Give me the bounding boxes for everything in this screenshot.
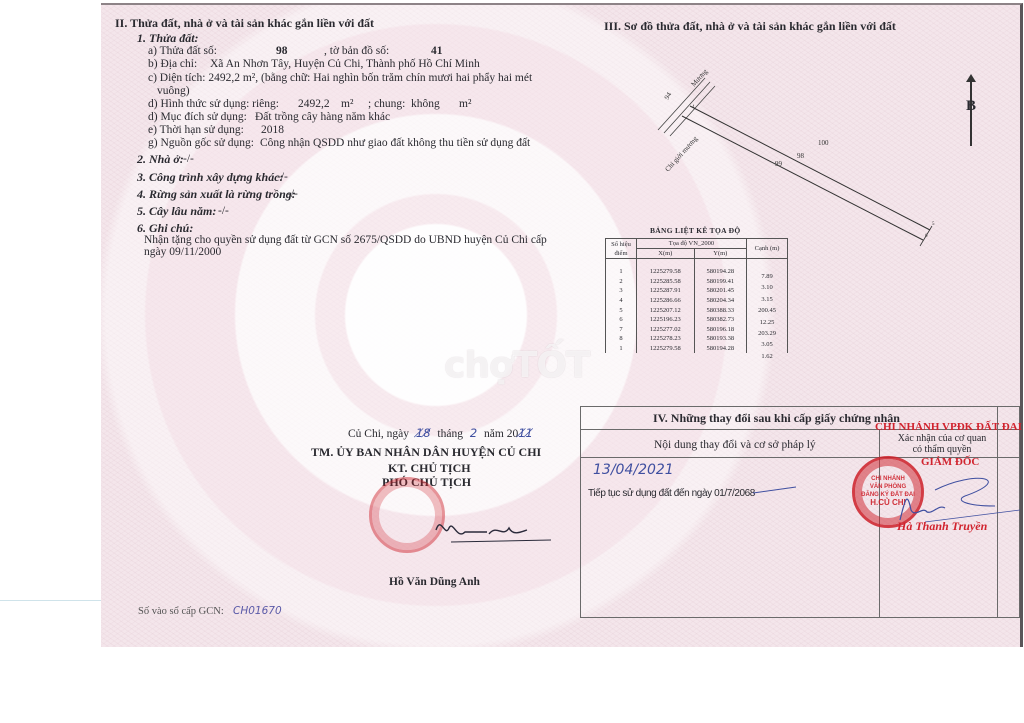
col-x: X(m)	[637, 249, 695, 259]
registry-label: Số vào sổ cấp GCN:	[138, 605, 224, 619]
coord-x: 1225277.02	[637, 325, 695, 335]
usage-form-label: d) Hình thức sử dụng: riêng:	[148, 97, 279, 111]
house-value: -/-	[183, 152, 194, 166]
change-entry-text: Tiếp tục sử dụng đất đến ngày 01/7/2068	[588, 487, 755, 501]
edge-length: 1.62	[747, 353, 787, 360]
forest-value: -/-	[287, 187, 298, 201]
coord-x: 1225287.91	[637, 286, 695, 296]
coord-x: 1225278.23	[637, 334, 695, 344]
coord-y: 580204.34	[694, 296, 746, 306]
issue-year-suffix: 1̸1̸	[518, 426, 533, 440]
signer-role-1: KT. CHỦ TỊCH	[388, 461, 471, 475]
shared-label: ; chung:	[368, 97, 405, 111]
land-heading: 1. Thửa đất:	[137, 31, 199, 45]
authority-confirm-header: Xác nhận của cơ quan có thẩm quyền	[897, 433, 987, 455]
coord-x: 1225207.12	[637, 305, 695, 315]
coord-point: 1	[606, 259, 637, 277]
map-sheet-label: , tờ bản đồ số:	[324, 44, 389, 58]
area-line: c) Diện tích: 2492,2 m², (bằng chữ: Hai …	[148, 71, 532, 85]
neighbor-94-label: 94	[663, 91, 674, 101]
pen-stroke	[751, 485, 801, 495]
coord-y: 580193.38	[694, 334, 746, 344]
scan-artifact-line	[0, 600, 101, 601]
coord-point: 3	[606, 286, 637, 296]
plot-98-label: 98	[797, 152, 805, 160]
coord-point: 8	[606, 334, 637, 344]
signer-name: Hồ Văn Dũng Anh	[389, 575, 480, 589]
edge-length: 3.15	[747, 296, 787, 303]
edge-length: 3.05	[747, 341, 787, 348]
coord-x: 1225196.23	[637, 315, 695, 325]
coord-point: 6	[606, 315, 637, 325]
change-entry-date: 13/04/2021	[593, 463, 674, 477]
purpose: Đất trồng cây hàng năm khác	[255, 110, 390, 124]
col-edge: Cạnh (m)	[747, 239, 788, 259]
origin-label: g) Nguồn gốc sử dụng:	[148, 136, 254, 150]
area-line-cont: vuông)	[157, 84, 190, 98]
origin: Công nhận QSDD như giao đất không thu ti…	[260, 136, 530, 150]
coord-x: 1225286.66	[637, 296, 695, 306]
edge-length: 7.89	[747, 273, 787, 280]
year-label: năm 20	[484, 428, 518, 440]
forest-heading: 4. Rừng sản xuất là rừng trồng:	[137, 187, 296, 201]
section-3-title: III. Sơ đồ thửa đất, nhà ở và tài sản kh…	[604, 19, 896, 33]
private-area: 2492,2	[298, 97, 330, 111]
coord-x: 1225279.58	[637, 259, 695, 277]
perennial-heading: 5. Cây lâu năm:	[137, 204, 216, 218]
perennial-value: -/-	[218, 204, 229, 218]
registry-number: CH01670	[233, 604, 282, 618]
coord-y: 580194.28	[694, 259, 746, 277]
shared-unit: m²	[459, 97, 471, 111]
map-sheet-number: 41	[431, 44, 443, 58]
issuing-org: TM. ỦY BAN NHÂN DÂN HUYỆN CỦ CHI	[311, 445, 541, 459]
coord-x: 1225285.58	[637, 277, 695, 287]
coord-x: 1225279.58	[637, 344, 695, 354]
point-5-label: 5	[932, 222, 935, 227]
shared-value: không	[411, 97, 440, 111]
coord-y: 580199.41	[694, 277, 746, 287]
edge-length: 203.29	[747, 330, 787, 337]
coord-point: 7	[606, 325, 637, 335]
plot-diagram: Mương Chỉ giới mương 94 100 98 99 4 5 6	[620, 60, 1020, 230]
other-construction-value: -/-	[277, 170, 288, 184]
col-y: Y(m)	[694, 249, 746, 259]
purpose-label: d) Mục đích sử dụng:	[148, 110, 247, 124]
edge-length: 200.45	[747, 307, 787, 314]
term-label: e) Thời hạn sử dụng:	[148, 123, 244, 137]
other-construction-heading: 3. Công trình xây dựng khác:	[137, 170, 284, 184]
private-area-unit: m²	[341, 97, 353, 111]
coord-table-title: BẢNG LIỆT KÊ TỌA ĐỘ	[650, 226, 740, 235]
neighbor-99-label: 99	[775, 160, 783, 168]
change-content-header: Nội dung thay đổi và cơ sở pháp lý	[654, 438, 816, 452]
issue-day: 1̸8̸	[416, 426, 431, 440]
place-date: Củ Chi, ngày 1̸8̸ tháng 2 năm 201̸1̸	[348, 426, 533, 441]
coord-y: 580194.28	[694, 344, 746, 354]
col-system: Tọa độ VN_2000	[637, 239, 747, 249]
authority-name: CHI NHÁNH VPĐK ĐẤT ĐAI	[875, 420, 1022, 434]
neighbor-100-label: 100	[818, 139, 829, 147]
section-4-title: IV. Những thay đổi sau khi cấp giấy chứn…	[653, 411, 900, 425]
plot-number-label: a) Thửa đất số:	[148, 44, 217, 58]
house-heading: 2. Nhà ở:	[137, 152, 184, 166]
place-date-prefix: Củ Chi, ngày	[348, 428, 409, 440]
edge-length: 12.25	[747, 319, 787, 326]
coord-point: 5	[606, 305, 637, 315]
registry-signer-name: Hà Thanh Truyền	[897, 519, 987, 533]
coord-y: 580201.45	[694, 286, 746, 296]
coord-y: 580382.73	[694, 315, 746, 325]
edge-length: 3.10	[747, 284, 787, 291]
watermark-logo: chợTỐT	[444, 345, 589, 386]
coord-point: 4	[606, 296, 637, 306]
district-signature	[431, 510, 571, 550]
coord-y: 580388.33	[694, 305, 746, 315]
section-2-title: II. Thửa đất, nhà ở và tài sản khác gắn …	[115, 16, 374, 30]
north-label: B	[966, 98, 976, 115]
notes-line-2: ngày 09/11/2000	[144, 245, 221, 259]
col-point: Số hiệu điểm	[606, 239, 637, 259]
plot-number: 98	[276, 44, 288, 58]
term: 2018	[261, 123, 284, 137]
address: Xã An Nhơn Tây, Huyện Củ Chi, Thành phố …	[210, 57, 480, 71]
boundary-label: Chỉ giới mương	[664, 134, 700, 173]
authority-role: GIÁM ĐỐC	[921, 455, 979, 469]
coord-y: 580196.18	[694, 325, 746, 335]
coord-point: 2	[606, 277, 637, 287]
coord-point: 1	[606, 344, 637, 354]
month-label: tháng	[437, 428, 463, 440]
address-label: b) Địa chỉ:	[148, 57, 197, 71]
issue-month: 2	[470, 426, 477, 440]
